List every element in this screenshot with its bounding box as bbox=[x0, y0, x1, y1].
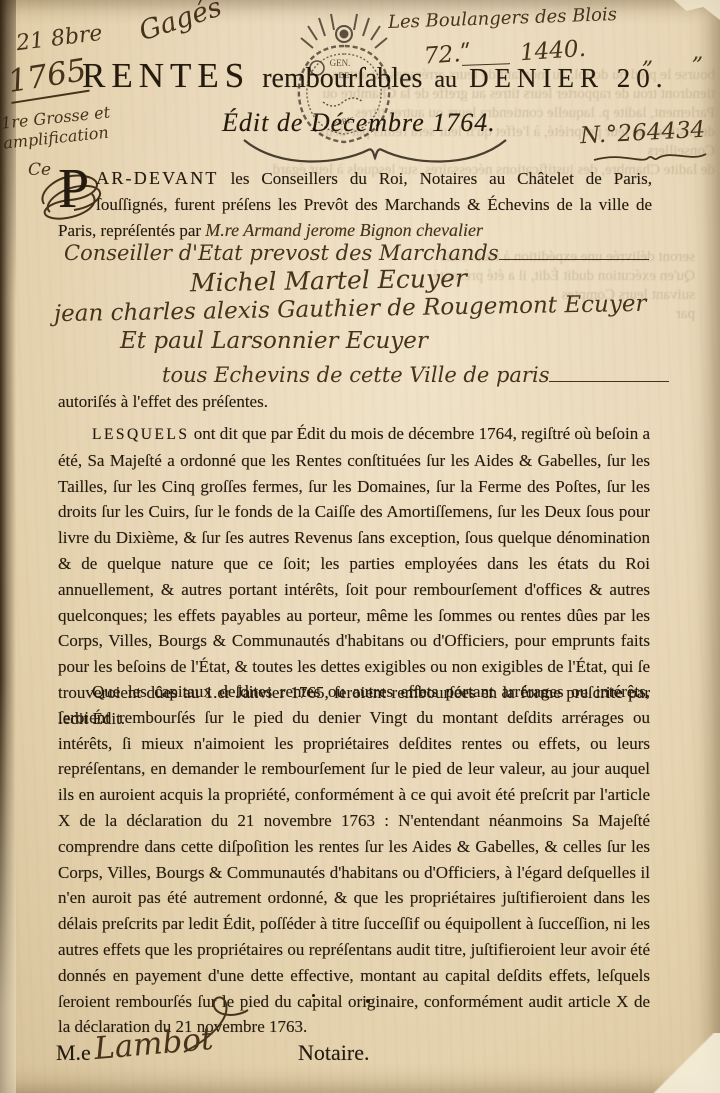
ink-speck bbox=[366, 999, 370, 1003]
handwritten-rule bbox=[499, 238, 649, 260]
binding-edge bbox=[0, 0, 16, 1093]
handwritten-top-right-note: Les Boulangers des Blois bbox=[388, 4, 618, 33]
handwritten-name-larsonnier: Et paul Larsonnier Ecuyer bbox=[120, 328, 428, 354]
handwritten-top-mark: Gagés bbox=[135, 0, 225, 47]
paragraph-pardevant: PAR-DEVANT les Conseillers du Roi, Notai… bbox=[58, 166, 652, 243]
official-stamp-icon: GEN. DE PARIS bbox=[283, 10, 405, 154]
par1-firstword: AR-DEVANT bbox=[96, 168, 218, 188]
dropcap-p: P bbox=[58, 166, 96, 212]
handwritten-name-martel: Michel Martel Ecuyer bbox=[190, 264, 467, 298]
ink-speck bbox=[312, 994, 315, 997]
paragraph-capitaux: Que les capitaux deſdites rentes ou autr… bbox=[58, 679, 650, 1040]
folded-corner bbox=[650, 1033, 720, 1093]
handwritten-bignon-insert: M.re Armand jerome Bignon chevalier bbox=[205, 220, 483, 240]
stamp-text-gen: GEN. bbox=[330, 58, 351, 68]
notary-label: Notaire. bbox=[298, 1040, 369, 1066]
par2-lead: LESQUELS bbox=[92, 426, 190, 443]
title-word-denier20: DENIER 20. bbox=[469, 63, 668, 94]
document-page: bourse le pied ou doubl. au montant de l… bbox=[0, 0, 720, 1093]
handwritten-margin-note: 1re Grosse et amplification bbox=[0, 102, 113, 153]
handwritten-date-day: 21 8bre bbox=[15, 21, 104, 56]
conseiller-text: Conseiller d'Etat prevost des Marchands bbox=[64, 241, 499, 265]
authorization-line: autoriſés à l'effet des préſentes. bbox=[58, 392, 268, 412]
handwritten-amount-1440: 1440. bbox=[519, 36, 587, 67]
torn-corner bbox=[664, 0, 720, 20]
title-word-au: au bbox=[434, 67, 457, 94]
handwritten-quote-1: „ bbox=[642, 44, 653, 69]
handwritten-conseiller-line: Conseiller d'Etat prevost des Marchands bbox=[64, 238, 649, 265]
title-word-rentes: RENTES bbox=[82, 56, 250, 96]
handwritten-rule-2 bbox=[549, 360, 669, 382]
handwritten-date-year: 1765 bbox=[5, 52, 89, 104]
handwritten-echevins-line: tous Echevins de cette Ville de paris bbox=[162, 360, 669, 387]
handwritten-quote-2: „ bbox=[692, 40, 703, 65]
notary-prefix: M.e bbox=[56, 1040, 91, 1066]
echevins-text: tous Echevins de cette Ville de paris bbox=[162, 363, 549, 387]
stamp-text-paris: PARIS bbox=[332, 115, 355, 128]
signature-flourish bbox=[178, 990, 258, 1060]
stamp-text-de: DE bbox=[339, 71, 350, 80]
number-underline-flourish bbox=[592, 150, 708, 166]
